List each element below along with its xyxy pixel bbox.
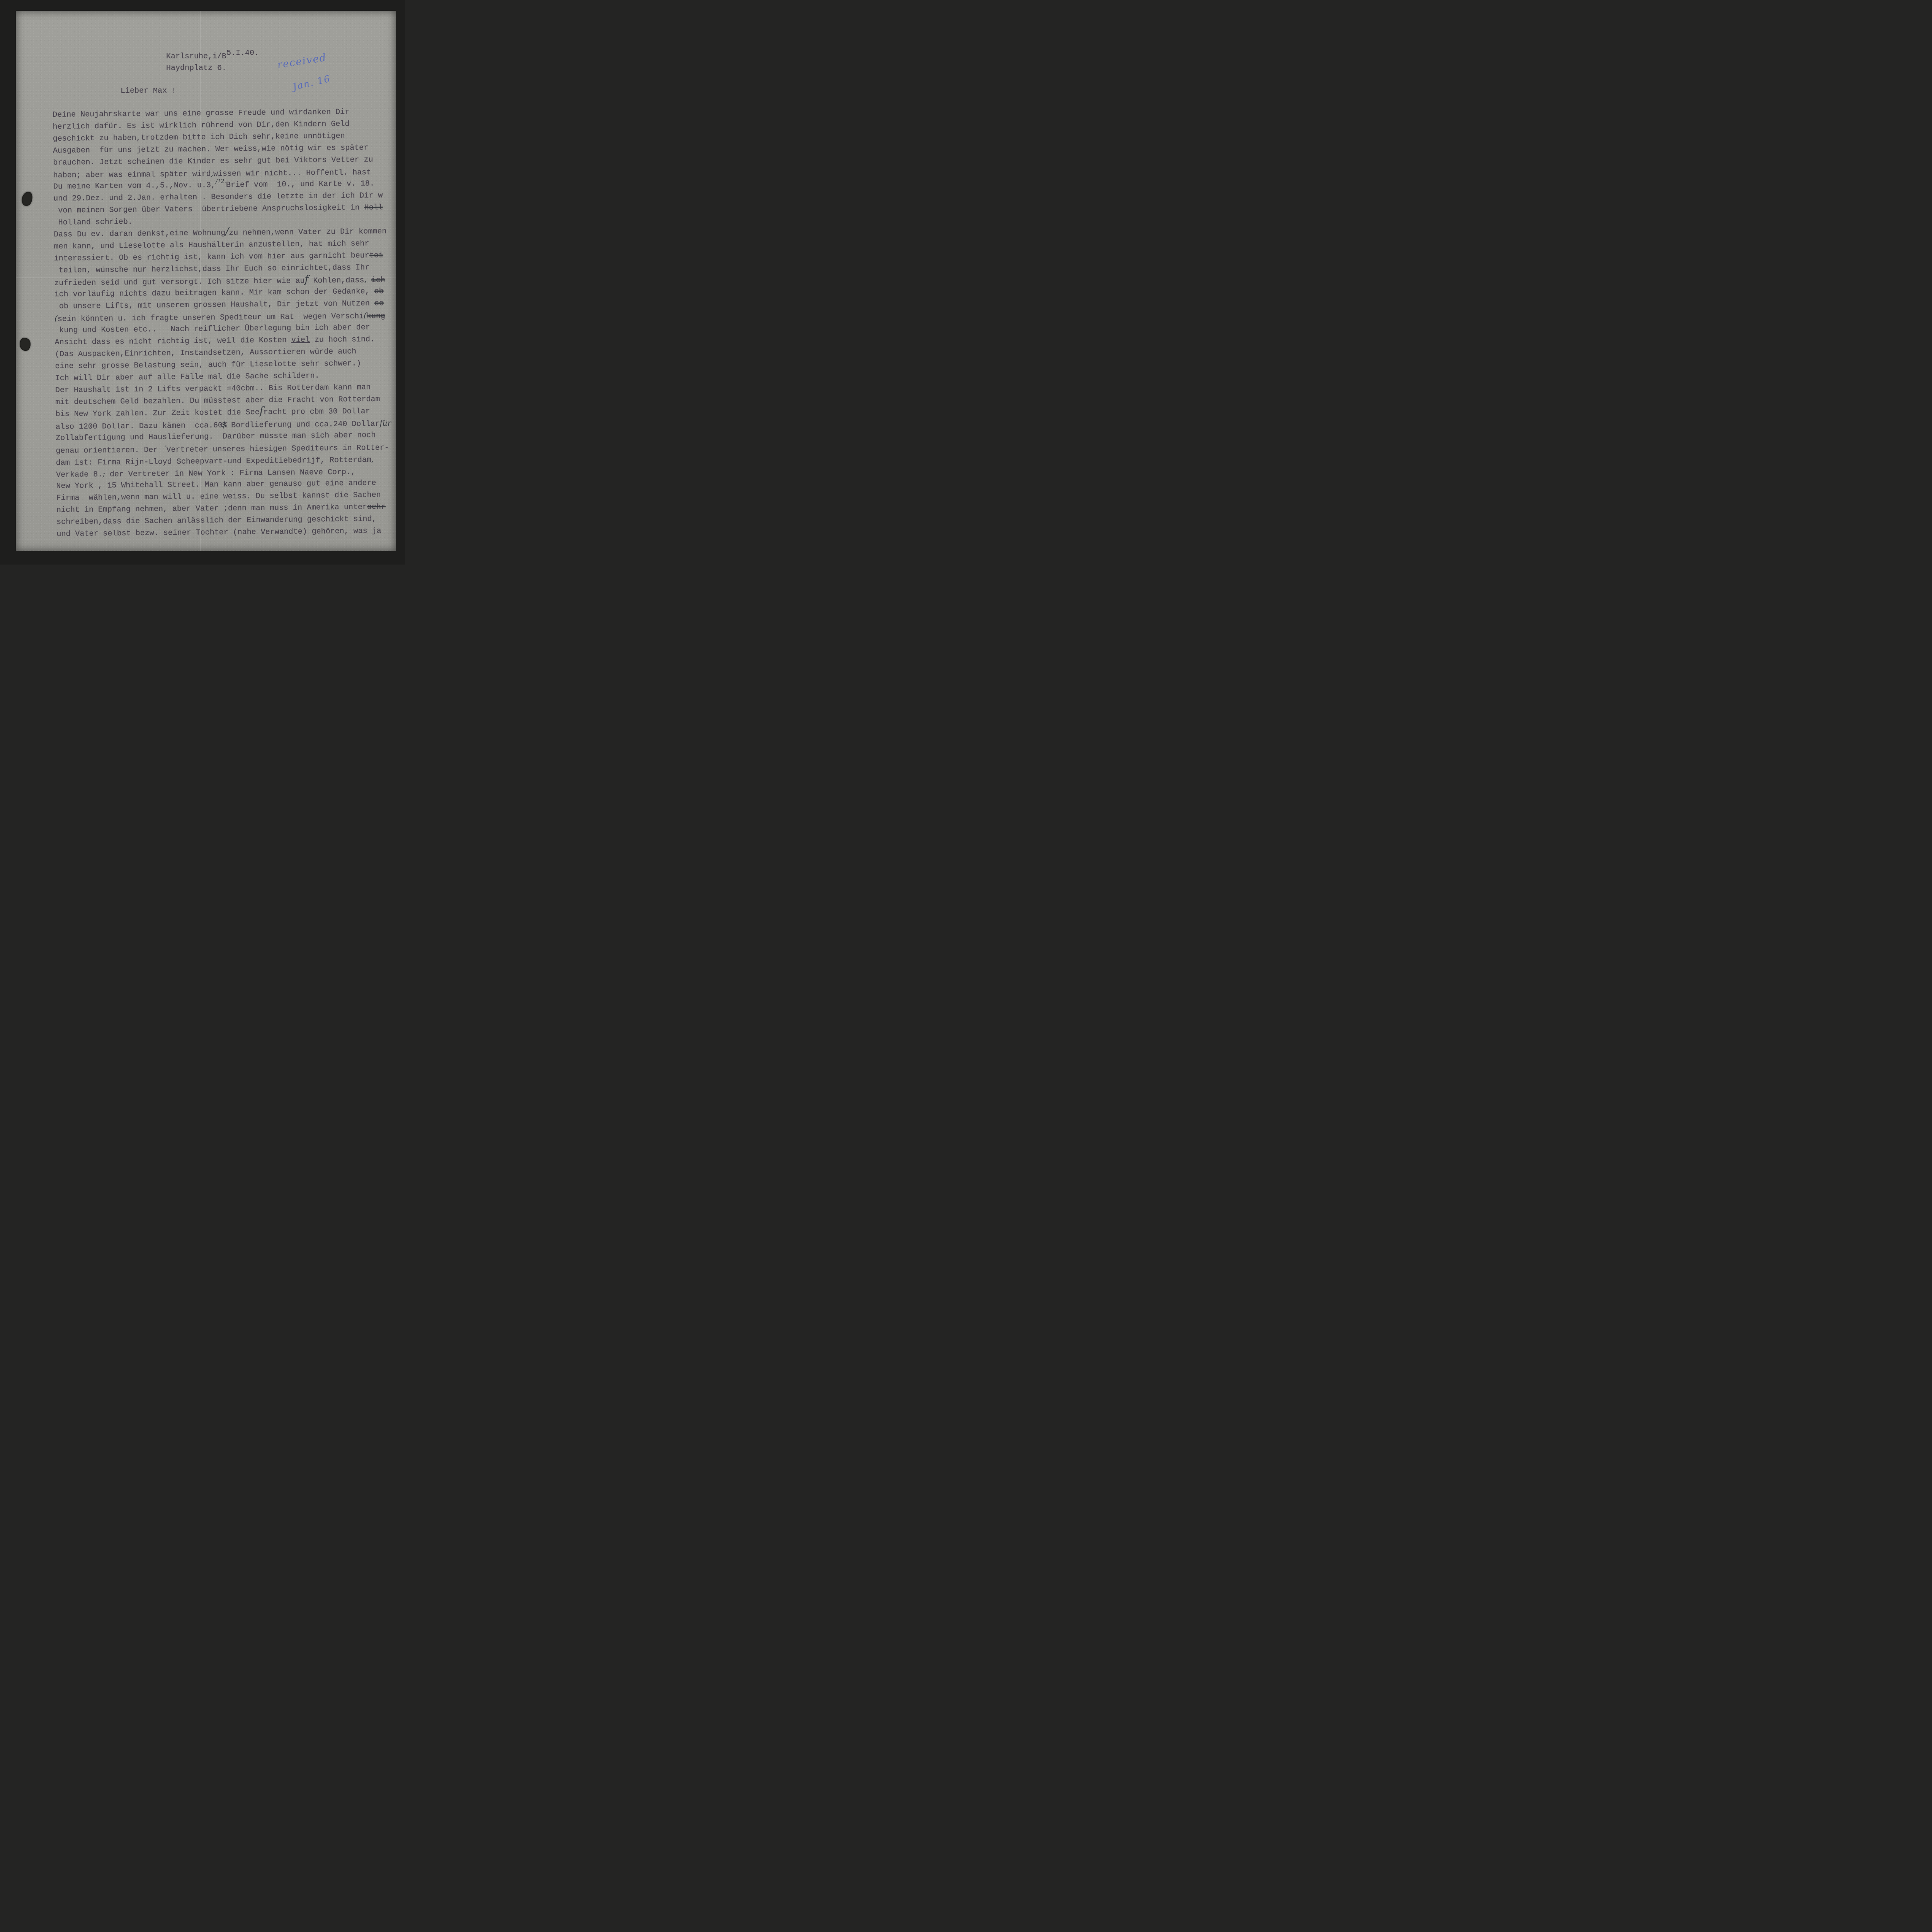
date-superscript: 5.I.40. [226,49,259,58]
city-line: Karlsruhe,i/B [166,52,226,61]
received-date-handwritten: Jan. 16 [292,73,332,92]
letter-header: Karlsruhe,i/B5.I.40. Haydnplatz 6. [166,51,259,74]
letter-body: Deine Neujahrskarte war uns eine grosse … [53,106,392,540]
salutation: Lieber Max ! [121,87,176,95]
address-line: Haydnplatz 6. [166,64,226,73]
punch-hole-top [20,191,33,207]
received-note-handwritten: received [276,52,327,71]
scan-background: Karlsruhe,i/B5.I.40. Haydnplatz 6. recei… [0,0,405,565]
letter-page: Karlsruhe,i/B5.I.40. Haydnplatz 6. recei… [16,11,396,551]
punch-hole-bottom [19,337,31,352]
